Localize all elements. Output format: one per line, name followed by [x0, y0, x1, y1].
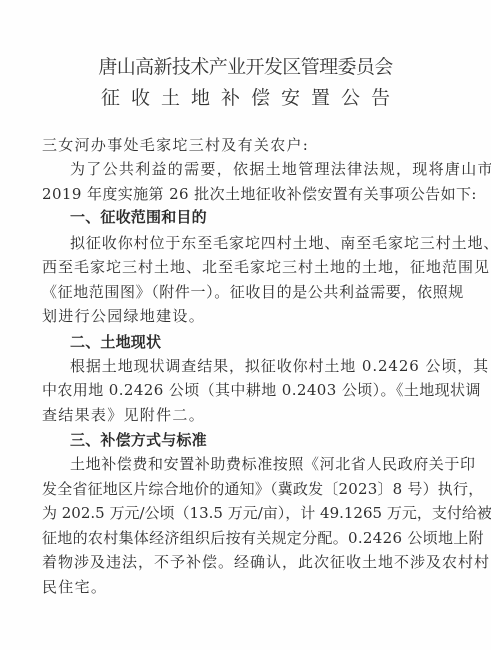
section-1-heading: 一、征收范围和目的	[70, 207, 207, 227]
addressee: 三女河办事处毛家坨三村及有关农户:	[42, 135, 457, 155]
section-2-line: 中农用地 0.2426 公顷（其中耕地 0.2403 公顷）。《土地现状调	[42, 380, 457, 400]
section-2-line: 查结果表》见附件二。	[42, 405, 457, 425]
intro-line-2: 2019 年度实施第 26 批次土地征收补偿安置有关事项公告如下:	[42, 184, 457, 204]
document-page: 唐山高新技术产业开发区管理委员会 征收土地补偿安置公告 三女河办事处毛家坨三村及…	[0, 0, 491, 650]
section-3-line: 着物涉及违法，不予补偿。经确认，此次征收土地不涉及农村村	[42, 552, 457, 572]
section-3-line: 民住宅。	[42, 577, 457, 597]
section-2-heading: 二、土地现状	[70, 332, 161, 352]
section-3-line: 征地的农村集体经济组织后按有关规定分配。0.2426 公顷地上附	[42, 528, 457, 548]
section-2-line: 根据土地现状调查结果，拟征收你村土地 0.2426 公顷，其	[70, 356, 457, 376]
title-notice: 征收土地补偿安置公告	[0, 86, 491, 110]
section-3-line: 土地补偿费和安置补助费标准按照《河北省人民政府关于印	[70, 454, 457, 474]
section-1-line: 《征地范围图》（附件一）。征收目的是公共利益需要，依照规	[42, 282, 457, 302]
section-3-line: 发全省征地区片综合地价的通知》（冀政发〔2023〕8 号）执行，	[42, 479, 457, 499]
section-3-line: 为 202.5 万元/公顷（13.5 万元/亩），计 49.1265 万元，支付…	[42, 503, 457, 523]
section-1-line: 西至毛家坨三村土地、北至毛家坨三村土地的土地，征地范围见	[42, 257, 457, 277]
title-issuer: 唐山高新技术产业开发区管理委员会	[0, 55, 491, 79]
section-1-line: 拟征收你村位于东至毛家坨四村土地、南至毛家坨三村土地、	[70, 233, 457, 253]
intro-line-1: 为了公共利益的需要，依据土地管理法律法规，现将唐山市	[70, 159, 457, 179]
section-3-heading: 三、补偿方式与标准	[70, 430, 207, 450]
section-1-line: 划进行公园绿地建设。	[42, 306, 457, 326]
